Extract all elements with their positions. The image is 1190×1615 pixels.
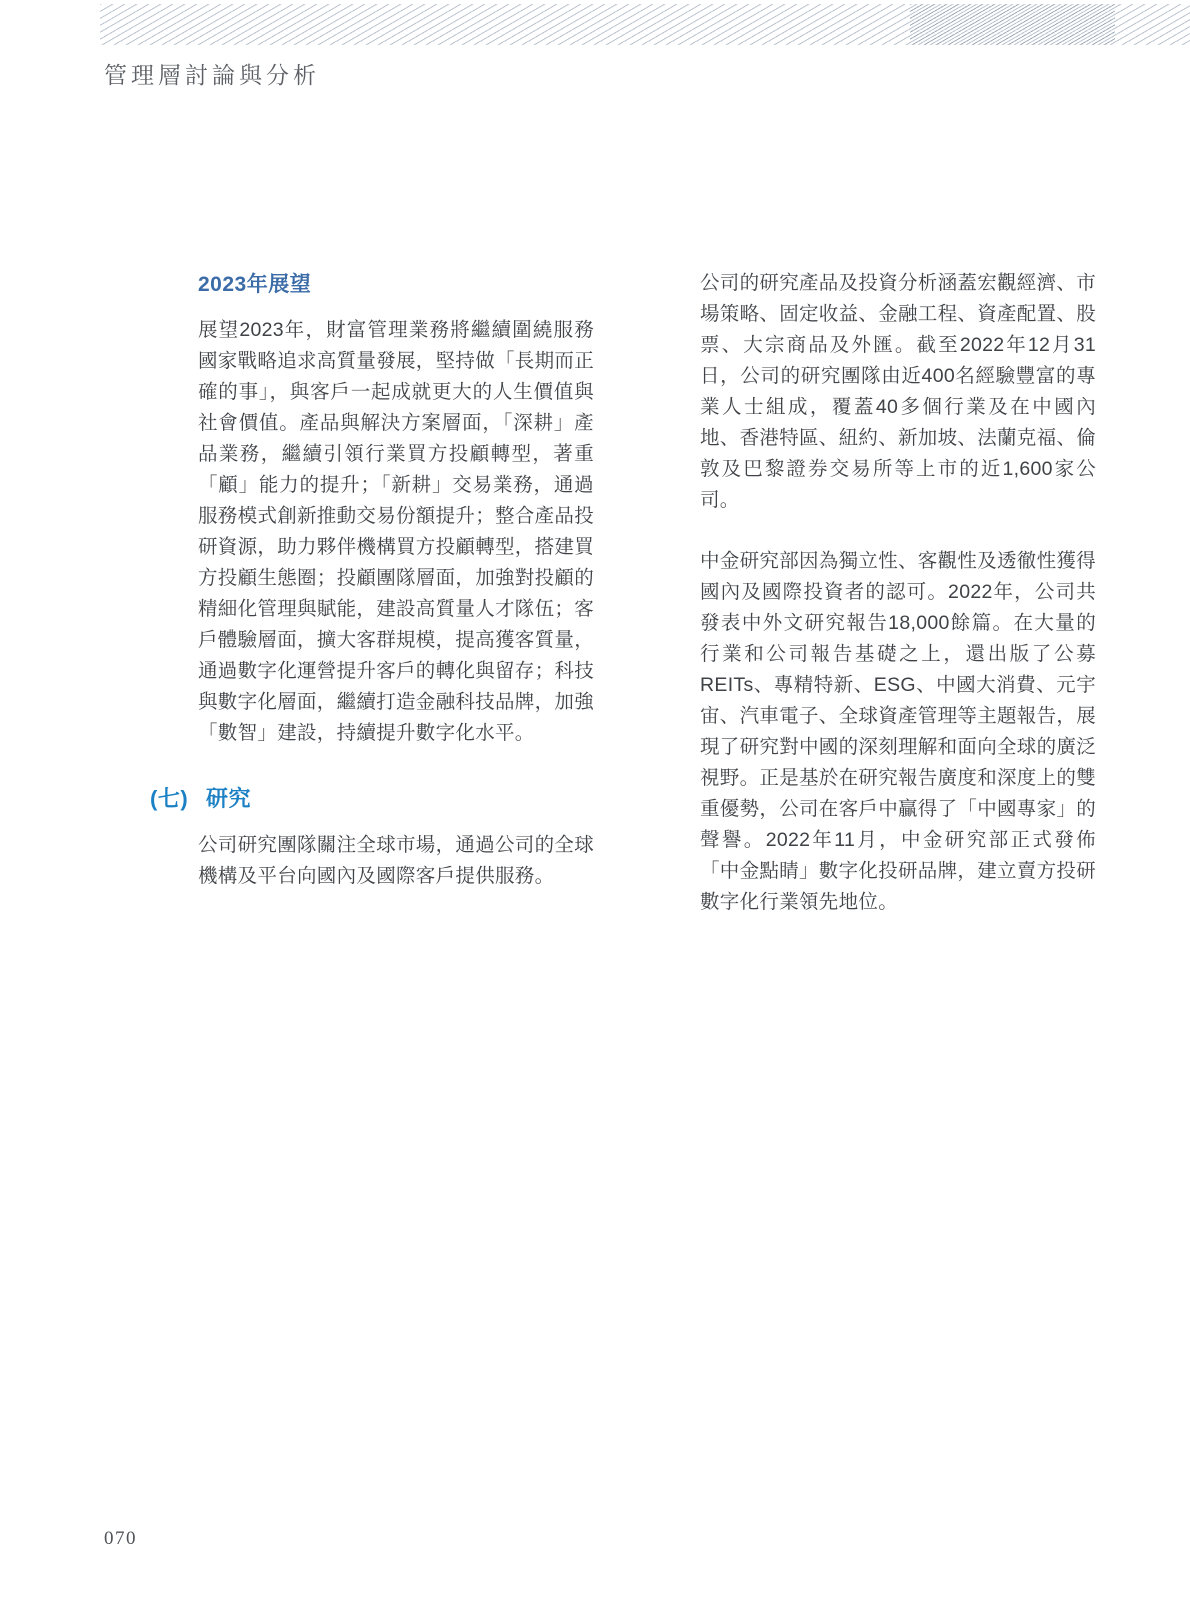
research-section-heading: (七) 研究 xyxy=(150,782,594,813)
left-column: 2023年展望 展望2023年，財富管理業務將繼續圍繞服務國家戰略追求高質量發展… xyxy=(198,268,594,892)
research-section-title: 研究 xyxy=(206,782,251,813)
decorative-hatch-band xyxy=(100,4,1190,45)
research-section-number: (七) xyxy=(150,782,206,813)
report-page: 管理層討論與分析 2023年展望 展望2023年，財富管理業務將繼續圍繞服務國家… xyxy=(0,0,1190,1615)
research-recognition-paragraph: 中金研究部因為獨立性、客觀性及透徹性獲得國內及國際投資者的認可。2022年，公司… xyxy=(700,546,1096,918)
research-coverage-paragraph: 公司的研究產品及投資分析涵蓋宏觀經濟、市場策略、固定收益、金融工程、資產配置、股… xyxy=(700,268,1096,516)
outlook-2023-paragraph: 展望2023年，財富管理業務將繼續圍繞服務國家戰略追求高質量發展，堅持做「長期而… xyxy=(198,315,594,749)
decorative-hatch-band-dark-segment xyxy=(910,4,1115,45)
page-number: 070 xyxy=(104,1528,137,1550)
page-header-title: 管理層討論與分析 xyxy=(104,57,320,90)
right-column: 公司的研究產品及投資分析涵蓋宏觀經濟、市場策略、固定收益、金融工程、資產配置、股… xyxy=(700,268,1096,918)
research-intro-paragraph: 公司研究團隊關注全球市場，通過公司的全球機構及平台向國內及國際客戶提供服務。 xyxy=(198,830,594,892)
outlook-2023-heading: 2023年展望 xyxy=(198,268,594,298)
